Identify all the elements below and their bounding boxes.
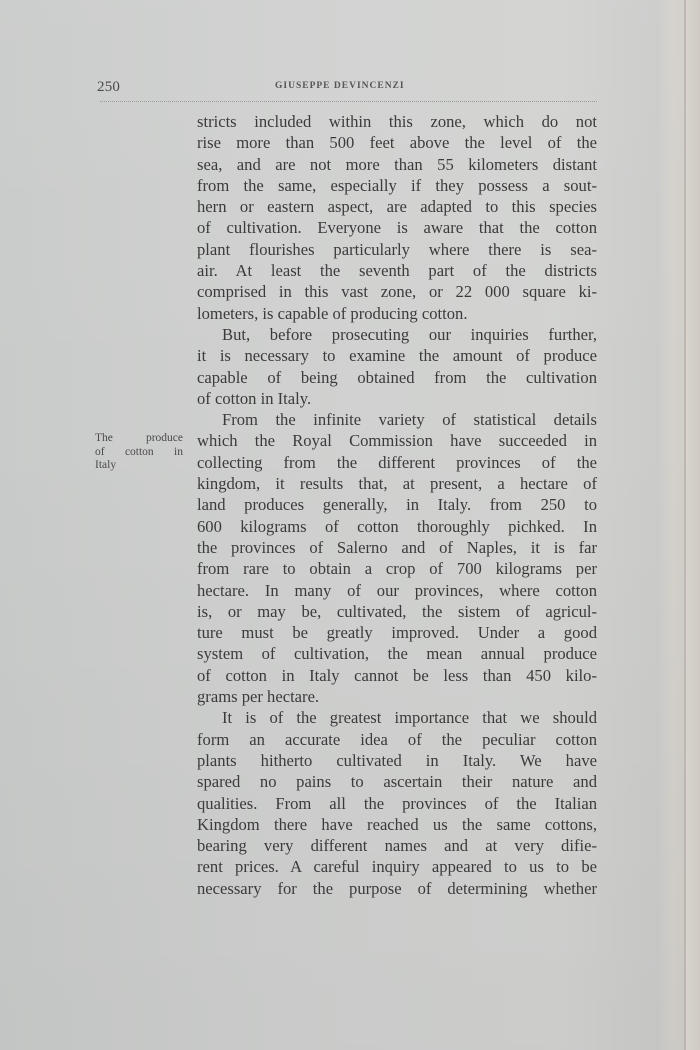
text-line: capable of being obtained from the culti… xyxy=(197,367,597,388)
text-line: hern or eastern aspect, are adapted to t… xyxy=(197,196,597,217)
margin-note-line: Italy xyxy=(95,459,183,473)
text-line: rent prices. A careful inquiry appeared … xyxy=(197,856,597,877)
text-line: which the Royal Commission have succeede… xyxy=(197,430,597,451)
text-line: air. At least the seventh part of the di… xyxy=(197,260,597,281)
text-line: qualities. From all the provinces of the… xyxy=(197,793,597,814)
text-line: It is of the greatest importance that we… xyxy=(197,707,597,728)
body-text: stricts included within this zone, which… xyxy=(197,111,597,899)
text-line: stricts included within this zone, which… xyxy=(197,111,597,132)
text-line: form an accurate idea of the peculiar co… xyxy=(197,729,597,750)
text-line: sea, and are not more than 55 kilometers… xyxy=(197,154,597,175)
text-line: of cultivation. Everyone is aware that t… xyxy=(197,217,597,238)
text-line: lometers, is capable of producing cotton… xyxy=(197,303,597,324)
text-line: grams per hectare. xyxy=(197,686,597,707)
text-line: is, or may be, cultivated, the sistem of… xyxy=(197,601,597,622)
paragraph: stricts included within this zone, which… xyxy=(197,111,597,324)
text-line: plant flourishes particularly where ther… xyxy=(197,239,597,260)
header-rule xyxy=(100,101,597,102)
text-line: of cotton in Italy cannot be less than 4… xyxy=(197,665,597,686)
text-line: it is necessary to examine the amount of… xyxy=(197,345,597,366)
paragraph: It is of the greatest importance that we… xyxy=(197,707,597,899)
next-page-edge xyxy=(686,0,700,1050)
text-line: from rare to obtain a crop of 700 kilogr… xyxy=(197,558,597,579)
text-line: spared no pains to ascertain their natur… xyxy=(197,771,597,792)
running-head: GIUSEPPE DEVINCENZI xyxy=(275,81,405,91)
text-line: From the infinite variety of statistical… xyxy=(197,409,597,430)
text-line: necessary for the purpose of determining… xyxy=(197,878,597,899)
margin-note: The produce of cotton in Italy xyxy=(95,432,183,473)
paragraph: From the infinite variety of statistical… xyxy=(197,409,597,707)
text-line: system of cultivation, the mean annual p… xyxy=(197,643,597,664)
text-line: of cotton in Italy. xyxy=(197,388,597,409)
text-line: kingdom, it results that, at present, a … xyxy=(197,473,597,494)
text-line: rise more than 500 feet above the level … xyxy=(197,132,597,153)
text-line: plants hitherto cultivated in Italy. We … xyxy=(197,750,597,771)
text-line: collecting from the different provinces … xyxy=(197,452,597,473)
text-line: 600 kilograms of cotton thoroughly pichk… xyxy=(197,516,597,537)
text-line: Kingdom there have reached us the same c… xyxy=(197,814,597,835)
text-line: land produces generally, in Italy. from … xyxy=(197,494,597,515)
text-line: from the same, especially if they posses… xyxy=(197,175,597,196)
text-line: bearing very different names and at very… xyxy=(197,835,597,856)
paragraph: But, before prosecuting our inquiries fu… xyxy=(197,324,597,409)
margin-note-line: The produce xyxy=(95,432,183,446)
page-number: 250 xyxy=(97,79,120,96)
text-line: ture must be greatly improved. Under a g… xyxy=(197,622,597,643)
text-line: But, before prosecuting our inquiries fu… xyxy=(197,324,597,345)
text-line: hectare. In many of our provinces, where… xyxy=(197,580,597,601)
text-line: the provinces of Salerno and of Naples, … xyxy=(197,537,597,558)
text-line: comprised in this vast zone, or 22 000 s… xyxy=(197,281,597,302)
margin-note-line: of cotton in xyxy=(95,446,183,460)
